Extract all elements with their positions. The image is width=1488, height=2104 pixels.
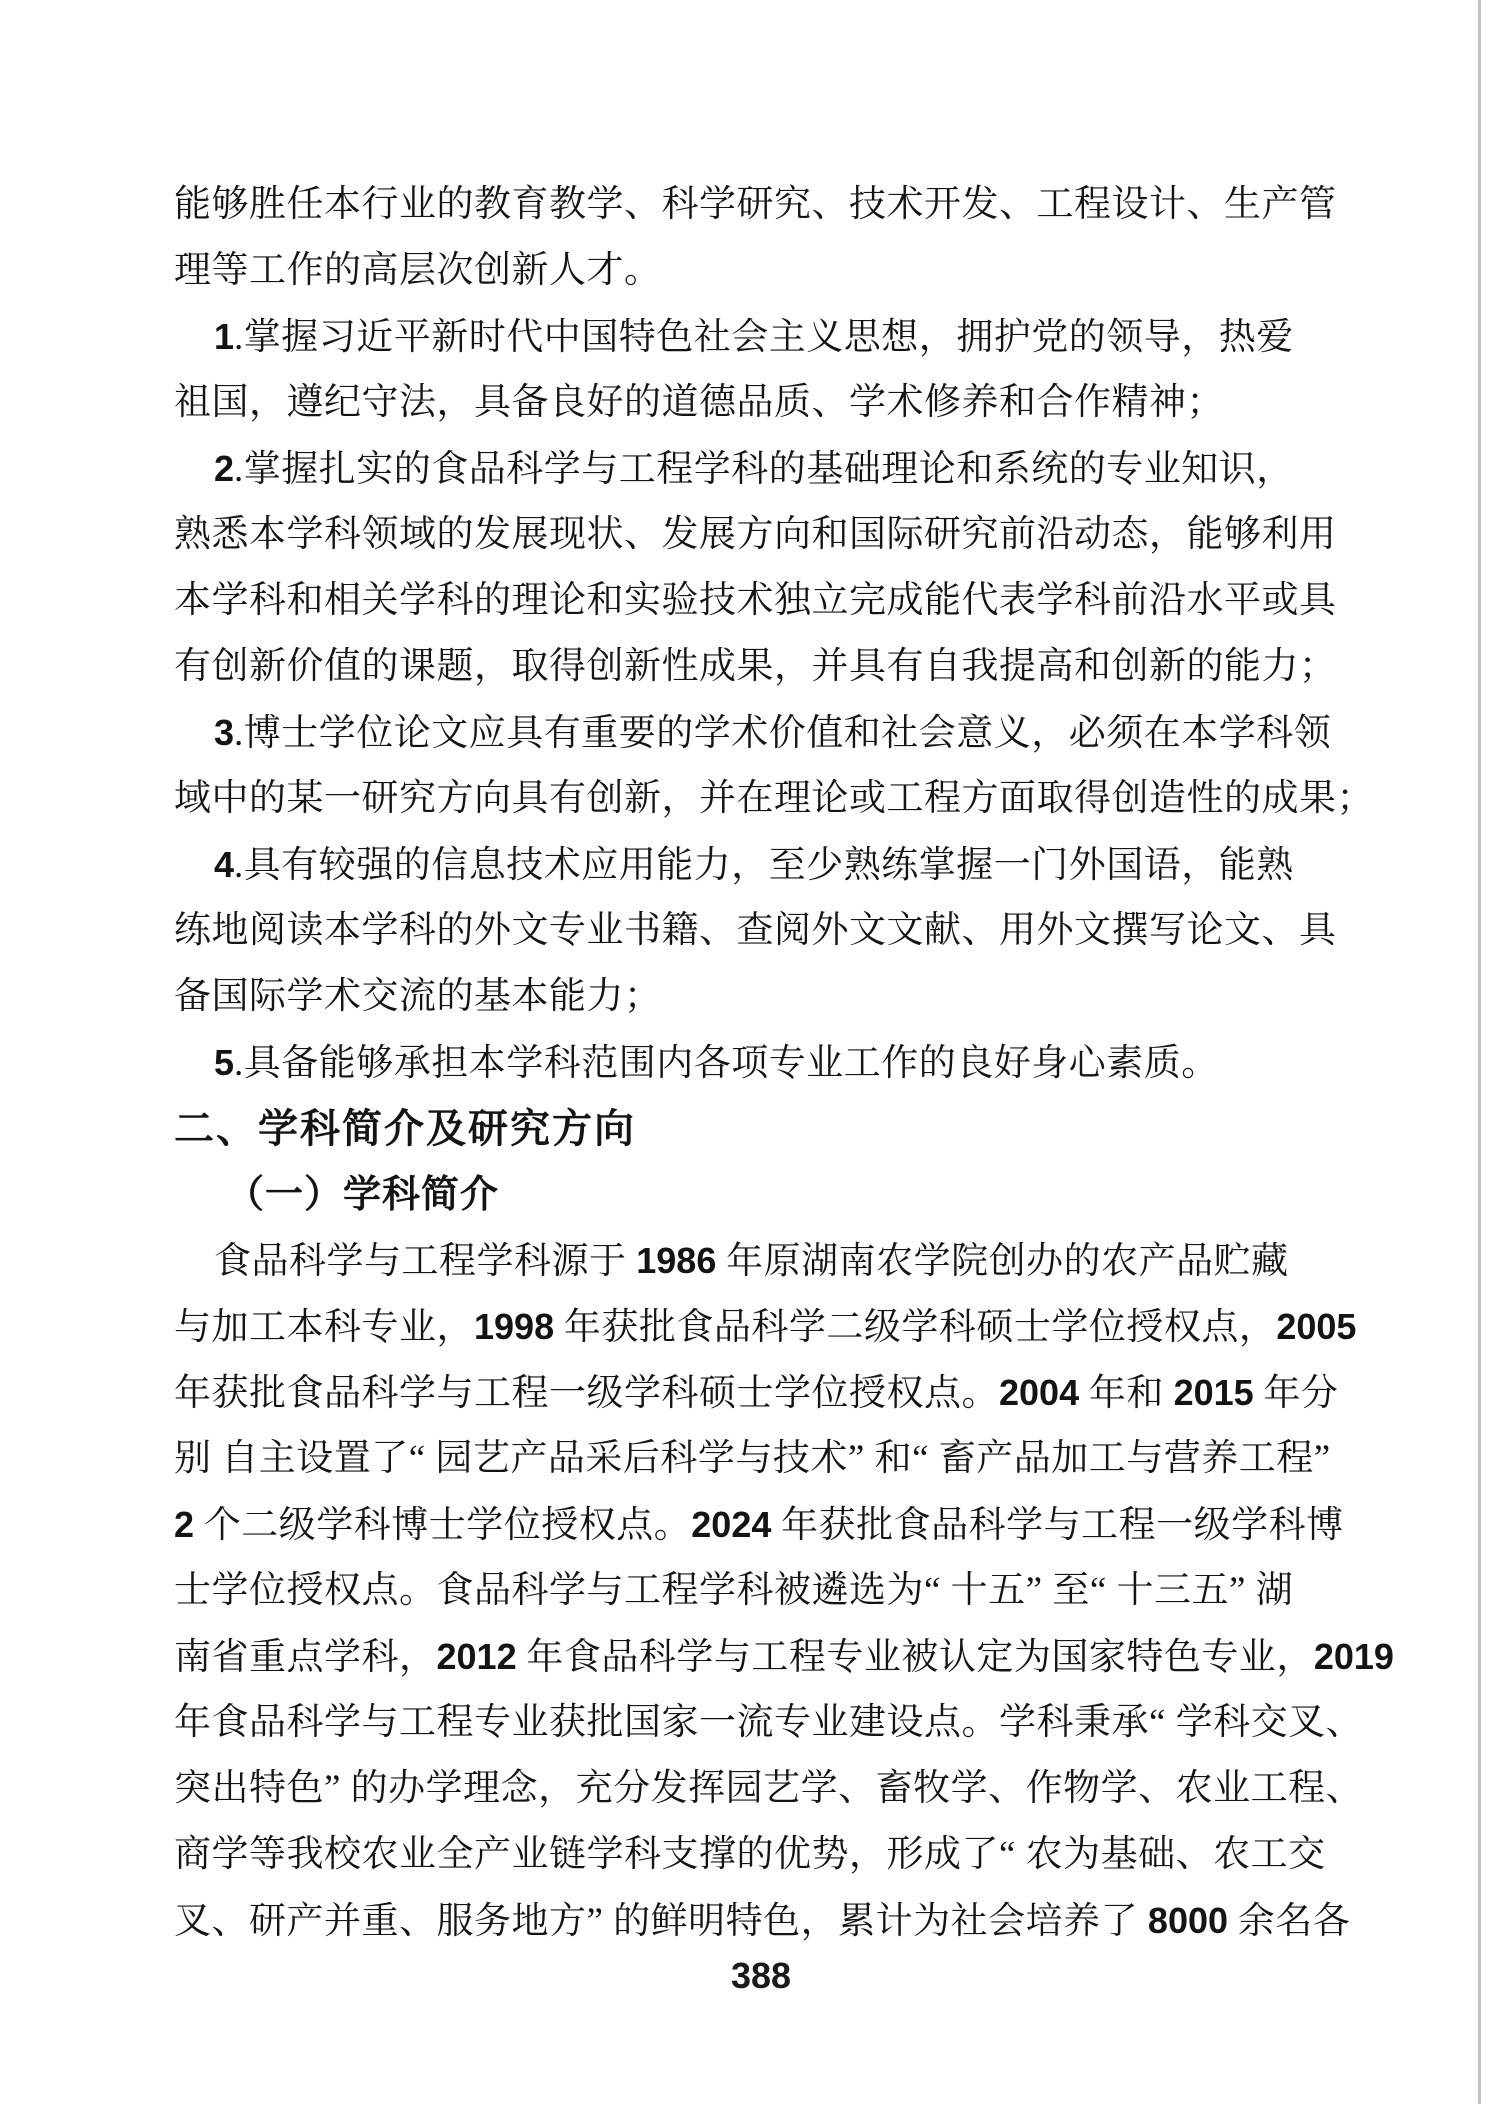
paragraph-line: 叉、研产并重、服务地方” 的鲜明特色，累计为社会培养了 8000 余名各 [174,1888,1348,1954]
paragraph-line: 4.具有较强的信息技术应用能力，至少熟练掌握一门外国语，能熟 [174,832,1348,898]
subsection-heading-text: （一）学科简介 [174,1162,1348,1228]
paragraph-line: 域中的某一研究方向具有创新，并在理论或工程方面取得创造性的成果； [174,766,1348,832]
paragraph-line: 年获批食品科学与工程一级学科硕士学位授权点。2004 年和 2015 年分 [174,1360,1348,1426]
paragraph-line: 理等工作的高层次创新人才。 [174,238,1348,304]
paragraph-line: 与加工本科专业，1998 年获批食品科学二级学科硕士学位授权点，2005 [174,1294,1348,1360]
paragraph: 2.掌握扎实的食品科学与工程学科的基础理论和系统的专业知识， 熟悉本学科领域的发… [174,436,1348,700]
paragraph: 1.掌握习近平新时代中国特色社会主义思想，拥护党的领导，热爱 祖国，遵纪守法，具… [174,304,1348,436]
paragraph-line: 3.博士学位论文应具有重要的学术价值和社会意义，必须在本学科领 [174,700,1348,766]
section-heading: 二、学科简介及研究方向 [174,1096,1348,1162]
page-number: 388 [174,1958,1348,1997]
paragraph: 食品科学与工程学科源于 1986 年原湖南农学院创办的农产品贮藏 与加工本科专业… [174,1228,1348,1954]
paragraph: 3.博士学位论文应具有重要的学术价值和社会意义，必须在本学科领 域中的某一研究方… [174,700,1348,832]
paragraph-line: 能够胜任本行业的教育教学、科学研究、技术开发、工程设计、生产管 [174,172,1348,238]
paragraph-line: 备国际学术交流的基本能力； [174,964,1348,1030]
paragraph-line: 熟悉本学科领域的发展现状、发展方向和国际研究前沿动态，能够利用 [174,502,1348,568]
paragraph-line: 别 自主设置了“ 园艺产品采后科学与技术” 和“ 畜产品加工与营养工程” [174,1426,1348,1492]
paragraph-line: 2.掌握扎实的食品科学与工程学科的基础理论和系统的专业知识， [174,436,1348,502]
paragraph: 能够胜任本行业的教育教学、科学研究、技术开发、工程设计、生产管 理等工作的高层次… [174,172,1348,304]
paragraph-line: 突出特色” 的办学理念，充分发挥园艺学、畜牧学、作物学、农业工程、 [174,1756,1348,1822]
paragraph-line: 5.具备能够承担本学科范围内各项专业工作的良好身心素质。 [174,1030,1348,1096]
paragraph-line: 练地阅读本学科的外文专业书籍、查阅外文文献、用外文撰写论文、具 [174,898,1348,964]
paragraph: 4.具有较强的信息技术应用能力，至少熟练掌握一门外国语，能熟 练地阅读本学科的外… [174,832,1348,1030]
paragraph-line: 南省重点学科，2012 年食品科学与工程专业被认定为国家特色专业，2019 [174,1624,1348,1690]
scan-edge-line [1478,0,1481,2104]
paragraph-line: 商学等我校农业全产业链学科支撑的优势，形成了“ 农为基础、农工交 [174,1822,1348,1888]
paragraph-line: 祖国，遵纪守法，具备良好的道德品质、学术修养和合作精神； [174,370,1348,436]
document-page: 能够胜任本行业的教育教学、科学研究、技术开发、工程设计、生产管 理等工作的高层次… [0,0,1488,2104]
paragraph-line: 有创新价值的课题，取得创新性成果，并具有自我提高和创新的能力； [174,634,1348,700]
paragraph-line: 年食品科学与工程专业获批国家一流专业建设点。学科秉承“ 学科交叉、 [174,1690,1348,1756]
section-heading-text: 二、学科简介及研究方向 [174,1096,1348,1162]
paragraph-line: 食品科学与工程学科源于 1986 年原湖南农学院创办的农产品贮藏 [174,1228,1348,1294]
paragraph-line: 1.掌握习近平新时代中国特色社会主义思想，拥护党的领导，热爱 [174,304,1348,370]
paragraph-line: 2 个二级学科博士学位授权点。2024 年获批食品科学与工程一级学科博 [174,1492,1348,1558]
paragraph-line: 本学科和相关学科的理论和实验技术独立完成能代表学科前沿水平或具 [174,568,1348,634]
subsection-heading: （一）学科简介 [174,1162,1348,1228]
paragraph-line: 士学位授权点。食品科学与工程学科被遴选为“ 十五” 至“ 十三五” 湖 [174,1558,1348,1624]
paragraph: 5.具备能够承担本学科范围内各项专业工作的良好身心素质。 [174,1030,1348,1096]
